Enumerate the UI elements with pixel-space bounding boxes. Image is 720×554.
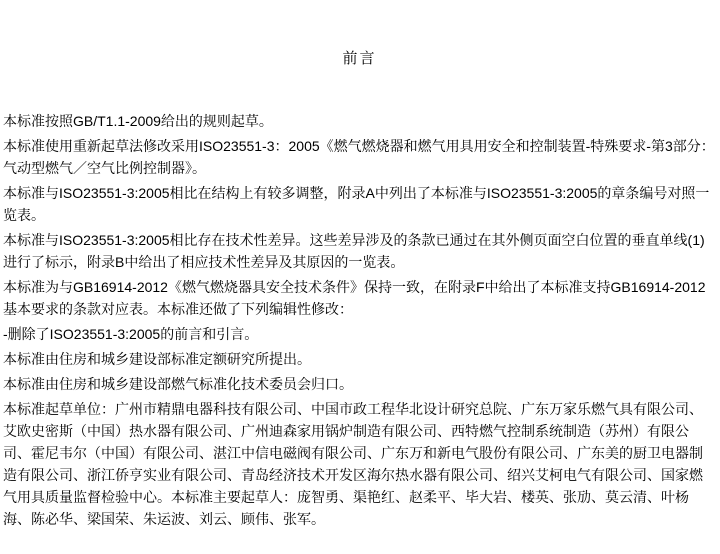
paragraph-proposed-by: 本标准由住房和城乡建设部标准定额研究所提出。 <box>3 348 716 370</box>
paragraph-structure-adjustment: 本标准与ISO23551-3:2005相比在结构上有较多调整，附录A中列出了本标… <box>3 182 716 226</box>
paragraph-under-jurisdiction: 本标准由住房和城乡建设部燃气标准化技术委员会归口。 <box>3 373 716 395</box>
page-title: 前言 <box>3 49 716 69</box>
paragraph-technical-differences: 本标准与ISO23551-3:2005相比存在技术性差异。这些差异涉及的条款已通… <box>3 229 716 273</box>
paragraph-drafting-rules: 本标准按照GB/T1.1-2009给出的规则起草。 <box>3 110 716 132</box>
document-page: 前言 本标准按照GB/T1.1-2009给出的规则起草。 本标准使用重新起草法修… <box>0 0 720 554</box>
paragraph-editorial-deletion: -删除了ISO23551-3:2005的前言和引言。 <box>3 323 716 345</box>
document-body: 本标准按照GB/T1.1-2009给出的规则起草。 本标准使用重新起草法修改采用… <box>3 110 716 530</box>
paragraph-drafting-organizations-and-drafters: 本标准起草单位：广州市精鼎电器科技有限公司、中国市政工程华北设计研究总院、广东万… <box>3 398 716 530</box>
paragraph-redrafting-method: 本标准使用重新起草法修改采用ISO23551-3：2005《燃气燃烧器和燃气用具… <box>3 135 716 179</box>
paragraph-gb16914-consistency: 本标准为与GB16914-2012《燃气燃烧器具安全技术条件》保持一致，在附录F… <box>3 276 716 320</box>
